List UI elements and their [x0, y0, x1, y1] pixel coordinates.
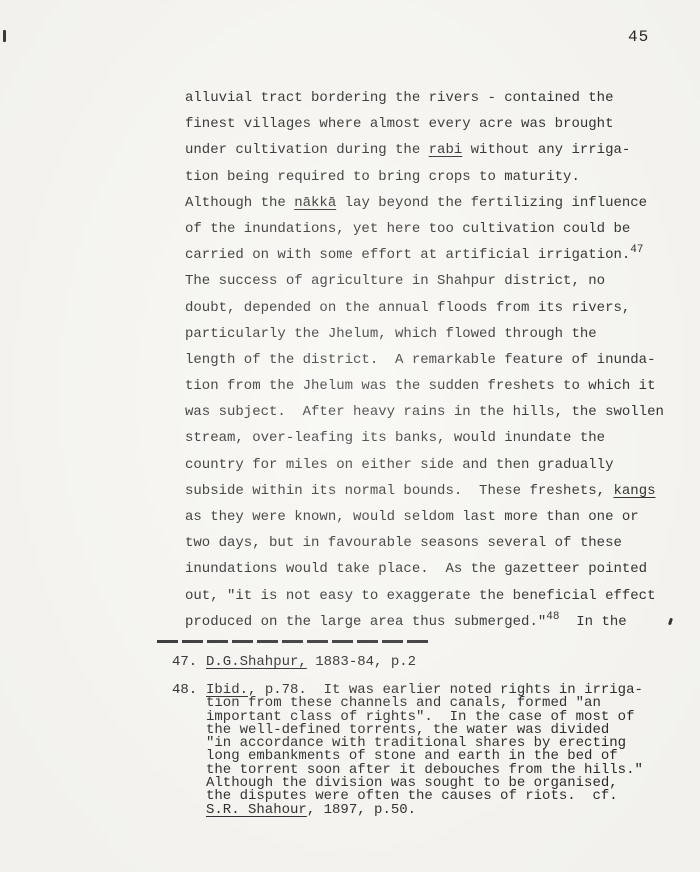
text-segment: Although the: [185, 195, 294, 211]
footnote-48-number: 48.: [172, 682, 206, 698]
footnote-47-text: D.G.Shahpur, 1883-84, p.2: [206, 654, 692, 667]
text-line: Ibid., p.78. It was earlier noted rights…: [206, 682, 692, 695]
text-line: of the inundations, yet here too cultiva…: [185, 221, 685, 247]
text-line: two days, but in favourable seasons seve…: [185, 535, 685, 561]
text-segment: was subject. After heavy rains in the hi…: [185, 404, 664, 420]
text-line: inundations would take place. As the gaz…: [185, 561, 685, 587]
text-segment: , 1897, p.50.: [307, 802, 416, 818]
text-line: particularly the Jhelum, which flowed th…: [185, 326, 685, 352]
text-segment: finest villages where almost every acre …: [185, 116, 613, 132]
text-segment: tion from the Jhelum was the sudden fres…: [185, 378, 655, 394]
footnote-48: 48. Ibid., p.78. It was earlier noted ri…: [172, 682, 692, 815]
text-line: length of the district. A remarkable fea…: [185, 352, 685, 378]
underlined-text: D.G.Shahpur,: [206, 654, 307, 670]
text-segment: produced on the large area thus submerge…: [185, 614, 546, 630]
footnote-48-text: Ibid., p.78. It was earlier noted rights…: [206, 682, 692, 815]
footnote-separator-rule: [157, 640, 431, 643]
text-line: alluvial tract bordering the rivers - co…: [185, 90, 685, 116]
text-segment: doubt, depended on the annual floods fro…: [185, 300, 630, 316]
underlined-text: nākkā: [294, 195, 336, 211]
text-line: Although the nākkā lay beyond the fertil…: [185, 195, 685, 221]
text-line: important class of rights". In the case …: [206, 709, 692, 722]
text-segment: under cultivation during the: [185, 142, 429, 158]
text-line: D.G.Shahpur, 1883-84, p.2: [206, 654, 692, 667]
footnote-47-number: 47.: [172, 654, 206, 670]
underlined-text: S.R. Shahour: [206, 802, 307, 818]
text-line: subside within its normal bounds. These …: [185, 483, 685, 509]
text-line: finest villages where almost every acre …: [185, 116, 685, 142]
text-line: produced on the large area thus submerge…: [185, 614, 685, 640]
document-page: 45 alluvial tract bordering the rivers -…: [0, 0, 700, 872]
text-line: the disputes were often the causes of ri…: [206, 788, 692, 801]
text-segment: as they were known, would seldom last mo…: [185, 509, 639, 525]
text-segment: length of the district. A remarkable fea…: [185, 352, 655, 368]
footnote-47: 47. D.G.Shahpur, 1883-84, p.2: [172, 654, 692, 670]
text-line: carried on with some effort at artificia…: [185, 247, 685, 273]
underlined-text: rabi: [429, 142, 463, 158]
text-line: The success of agriculture in Shahpur di…: [185, 273, 685, 299]
text-line: stream, over-leafing its banks, would in…: [185, 430, 685, 456]
text-segment: 1883-84, p.2: [307, 654, 416, 670]
text-line: "in accordance with traditional shares b…: [206, 735, 692, 748]
text-segment: lay beyond the fertilizing influence: [336, 195, 647, 211]
stray-mark-top-left: [3, 30, 6, 42]
text-line: was subject. After heavy rains in the hi…: [185, 404, 685, 430]
text-line: tion being required to bring crops to ma…: [185, 169, 685, 195]
text-segment: particularly the Jhelum, which flowed th…: [185, 326, 597, 342]
body-paragraph: alluvial tract bordering the rivers - co…: [185, 90, 685, 640]
text-segment: inundations would take place. As the gaz…: [185, 561, 647, 577]
text-segment: The success of agriculture in Shahpur di…: [185, 273, 605, 289]
footnote-reference-superscript: 48: [546, 611, 559, 623]
footnote-reference-superscript: 47: [630, 244, 643, 256]
page-number: 45: [628, 28, 649, 46]
text-line: out, "it is not easy to exaggerate the b…: [185, 588, 685, 614]
text-line: country for miles on either side and the…: [185, 457, 685, 483]
text-segment: In the: [559, 614, 626, 630]
text-segment: stream, over-leafing its banks, would in…: [185, 430, 605, 446]
text-line: under cultivation during the rabi withou…: [185, 142, 685, 168]
text-segment: tion being required to bring crops to ma…: [185, 169, 580, 185]
text-segment: without any irriga-: [462, 142, 630, 158]
text-line: the torrent soon after it debouches from…: [206, 762, 692, 775]
text-segment: country for miles on either side and the…: [185, 457, 613, 473]
text-segment: carried on with some effort at artificia…: [185, 247, 630, 263]
text-segment: alluvial tract bordering the rivers - co…: [185, 90, 613, 106]
text-line: as they were known, would seldom last mo…: [185, 509, 685, 535]
text-segment: out, "it is not easy to exaggerate the b…: [185, 588, 655, 604]
text-line: doubt, depended on the annual floods fro…: [185, 300, 685, 326]
text-line: tion from the Jhelum was the sudden fres…: [185, 378, 685, 404]
text-segment: of the inundations, yet here too cultiva…: [185, 221, 630, 237]
text-segment: two days, but in favourable seasons seve…: [185, 535, 622, 551]
text-segment: subside within its normal bounds. These …: [185, 483, 613, 499]
underlined-text: kangs: [613, 483, 655, 499]
